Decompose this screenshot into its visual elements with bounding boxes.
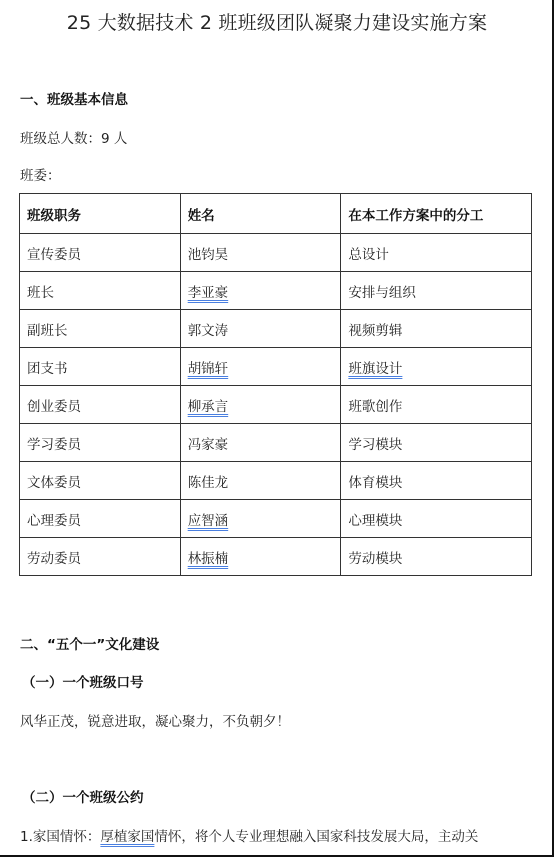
cell-name: 应智涵 bbox=[180, 500, 341, 538]
cell-task: 总设计 bbox=[341, 234, 532, 272]
cell-name: 池钧昊 bbox=[180, 234, 341, 272]
table-row: 心理委员 应智涵 心理模块 bbox=[20, 500, 532, 538]
cell-role: 宣传委员 bbox=[20, 234, 181, 272]
table-row: 劳动委员 林振楠 劳动模块 bbox=[20, 538, 532, 576]
subheading-slogan: （一）一个班级口号 bbox=[22, 671, 144, 691]
cell-role: 班长 bbox=[20, 272, 181, 310]
cell-role: 劳动委员 bbox=[20, 538, 181, 576]
cell-name: 林振楠 bbox=[180, 538, 341, 576]
table-row: 学习委员 冯家豪 学习模块 bbox=[20, 424, 532, 462]
cell-role: 学习委员 bbox=[20, 424, 181, 462]
spellcheck-flagged-name[interactable]: 林振楠 bbox=[188, 551, 229, 567]
cell-task: 班歌创作 bbox=[341, 386, 532, 424]
table-row: 创业委员 柳承言 班歌创作 bbox=[20, 386, 532, 424]
spellcheck-flagged-name[interactable]: 胡锦轩 bbox=[188, 361, 229, 377]
table-row: 宣传委员 池钧昊 总设计 bbox=[20, 234, 532, 272]
cell-task: 安排与组织 bbox=[341, 272, 532, 310]
spellcheck-flagged-task[interactable]: 班旗设计 bbox=[348, 361, 402, 377]
slogan-text: 风华正茂，锐意进取，凝心聚力，不负朝夕！ bbox=[20, 710, 290, 730]
item-text: 情怀，将个人专业理想融入国家科技发展大局，主动关 bbox=[154, 829, 478, 845]
cell-task: 心理模块 bbox=[341, 500, 532, 538]
committee-table: 班级职务 姓名 在本工作方案中的分工 宣传委员 池钧昊 总设计 班长 李亚豪 安… bbox=[19, 193, 532, 576]
header-task: 在本工作方案中的分工 bbox=[341, 194, 532, 234]
cell-name: 郭文涛 bbox=[180, 310, 341, 348]
cell-name: 胡锦轩 bbox=[180, 348, 341, 386]
document-page: 25 大数据技术 2 班班级团队凝聚力建设实施方案 一、班级基本信息 班级总人数… bbox=[0, 0, 554, 857]
cell-name: 陈佳龙 bbox=[180, 462, 341, 500]
header-name: 姓名 bbox=[180, 194, 341, 234]
name-text: 冯家豪 bbox=[188, 437, 229, 453]
cell-name: 李亚豪 bbox=[180, 272, 341, 310]
table-header-row: 班级职务 姓名 在本工作方案中的分工 bbox=[20, 194, 532, 234]
name-text: 陈佳龙 bbox=[188, 475, 229, 491]
convention-item-1: 1.家国情怀：厚植家国情怀，将个人专业理想融入国家科技发展大局，主动关 bbox=[20, 825, 478, 845]
cell-role: 团支书 bbox=[20, 348, 181, 386]
spellcheck-flagged-name[interactable]: 李亚豪 bbox=[188, 285, 229, 301]
table-row: 团支书 胡锦轩 班旗设计 bbox=[20, 348, 532, 386]
cell-task: 体育模块 bbox=[341, 462, 532, 500]
subheading-convention: （二）一个班级公约 bbox=[22, 786, 144, 806]
total-members-text: 班级总人数：9 人 bbox=[20, 127, 127, 147]
cell-role: 副班长 bbox=[20, 310, 181, 348]
spellcheck-flagged-name[interactable]: 柳承言 bbox=[188, 399, 229, 415]
cell-task: 学习模块 bbox=[341, 424, 532, 462]
cell-role: 创业委员 bbox=[20, 386, 181, 424]
cell-role: 文体委员 bbox=[20, 462, 181, 500]
name-text: 郭文涛 bbox=[188, 323, 229, 339]
table-row: 文体委员 陈佳龙 体育模块 bbox=[20, 462, 532, 500]
table-row: 班长 李亚豪 安排与组织 bbox=[20, 272, 532, 310]
cell-task: 视频剪辑 bbox=[341, 310, 532, 348]
cell-role: 心理委员 bbox=[20, 500, 181, 538]
cell-name: 柳承言 bbox=[180, 386, 341, 424]
item-prefix: 1.家国情怀： bbox=[20, 829, 100, 845]
spellcheck-flagged-name[interactable]: 应智涵 bbox=[188, 513, 229, 529]
header-role: 班级职务 bbox=[20, 194, 181, 234]
committee-label: 班委： bbox=[20, 164, 61, 184]
cell-name: 冯家豪 bbox=[180, 424, 341, 462]
document-title: 25 大数据技术 2 班班级团队凝聚力建设实施方案 bbox=[0, 8, 554, 35]
spellcheck-flagged-phrase[interactable]: 厚植家国 bbox=[100, 829, 154, 845]
section-heading-culture: 二、“五个一”文化建设 bbox=[20, 633, 159, 653]
cell-task: 班旗设计 bbox=[341, 348, 532, 386]
name-text: 池钧昊 bbox=[188, 247, 229, 263]
cell-task: 劳动模块 bbox=[341, 538, 532, 576]
table-row: 副班长 郭文涛 视频剪辑 bbox=[20, 310, 532, 348]
section-heading-basic-info: 一、班级基本信息 bbox=[20, 88, 128, 108]
